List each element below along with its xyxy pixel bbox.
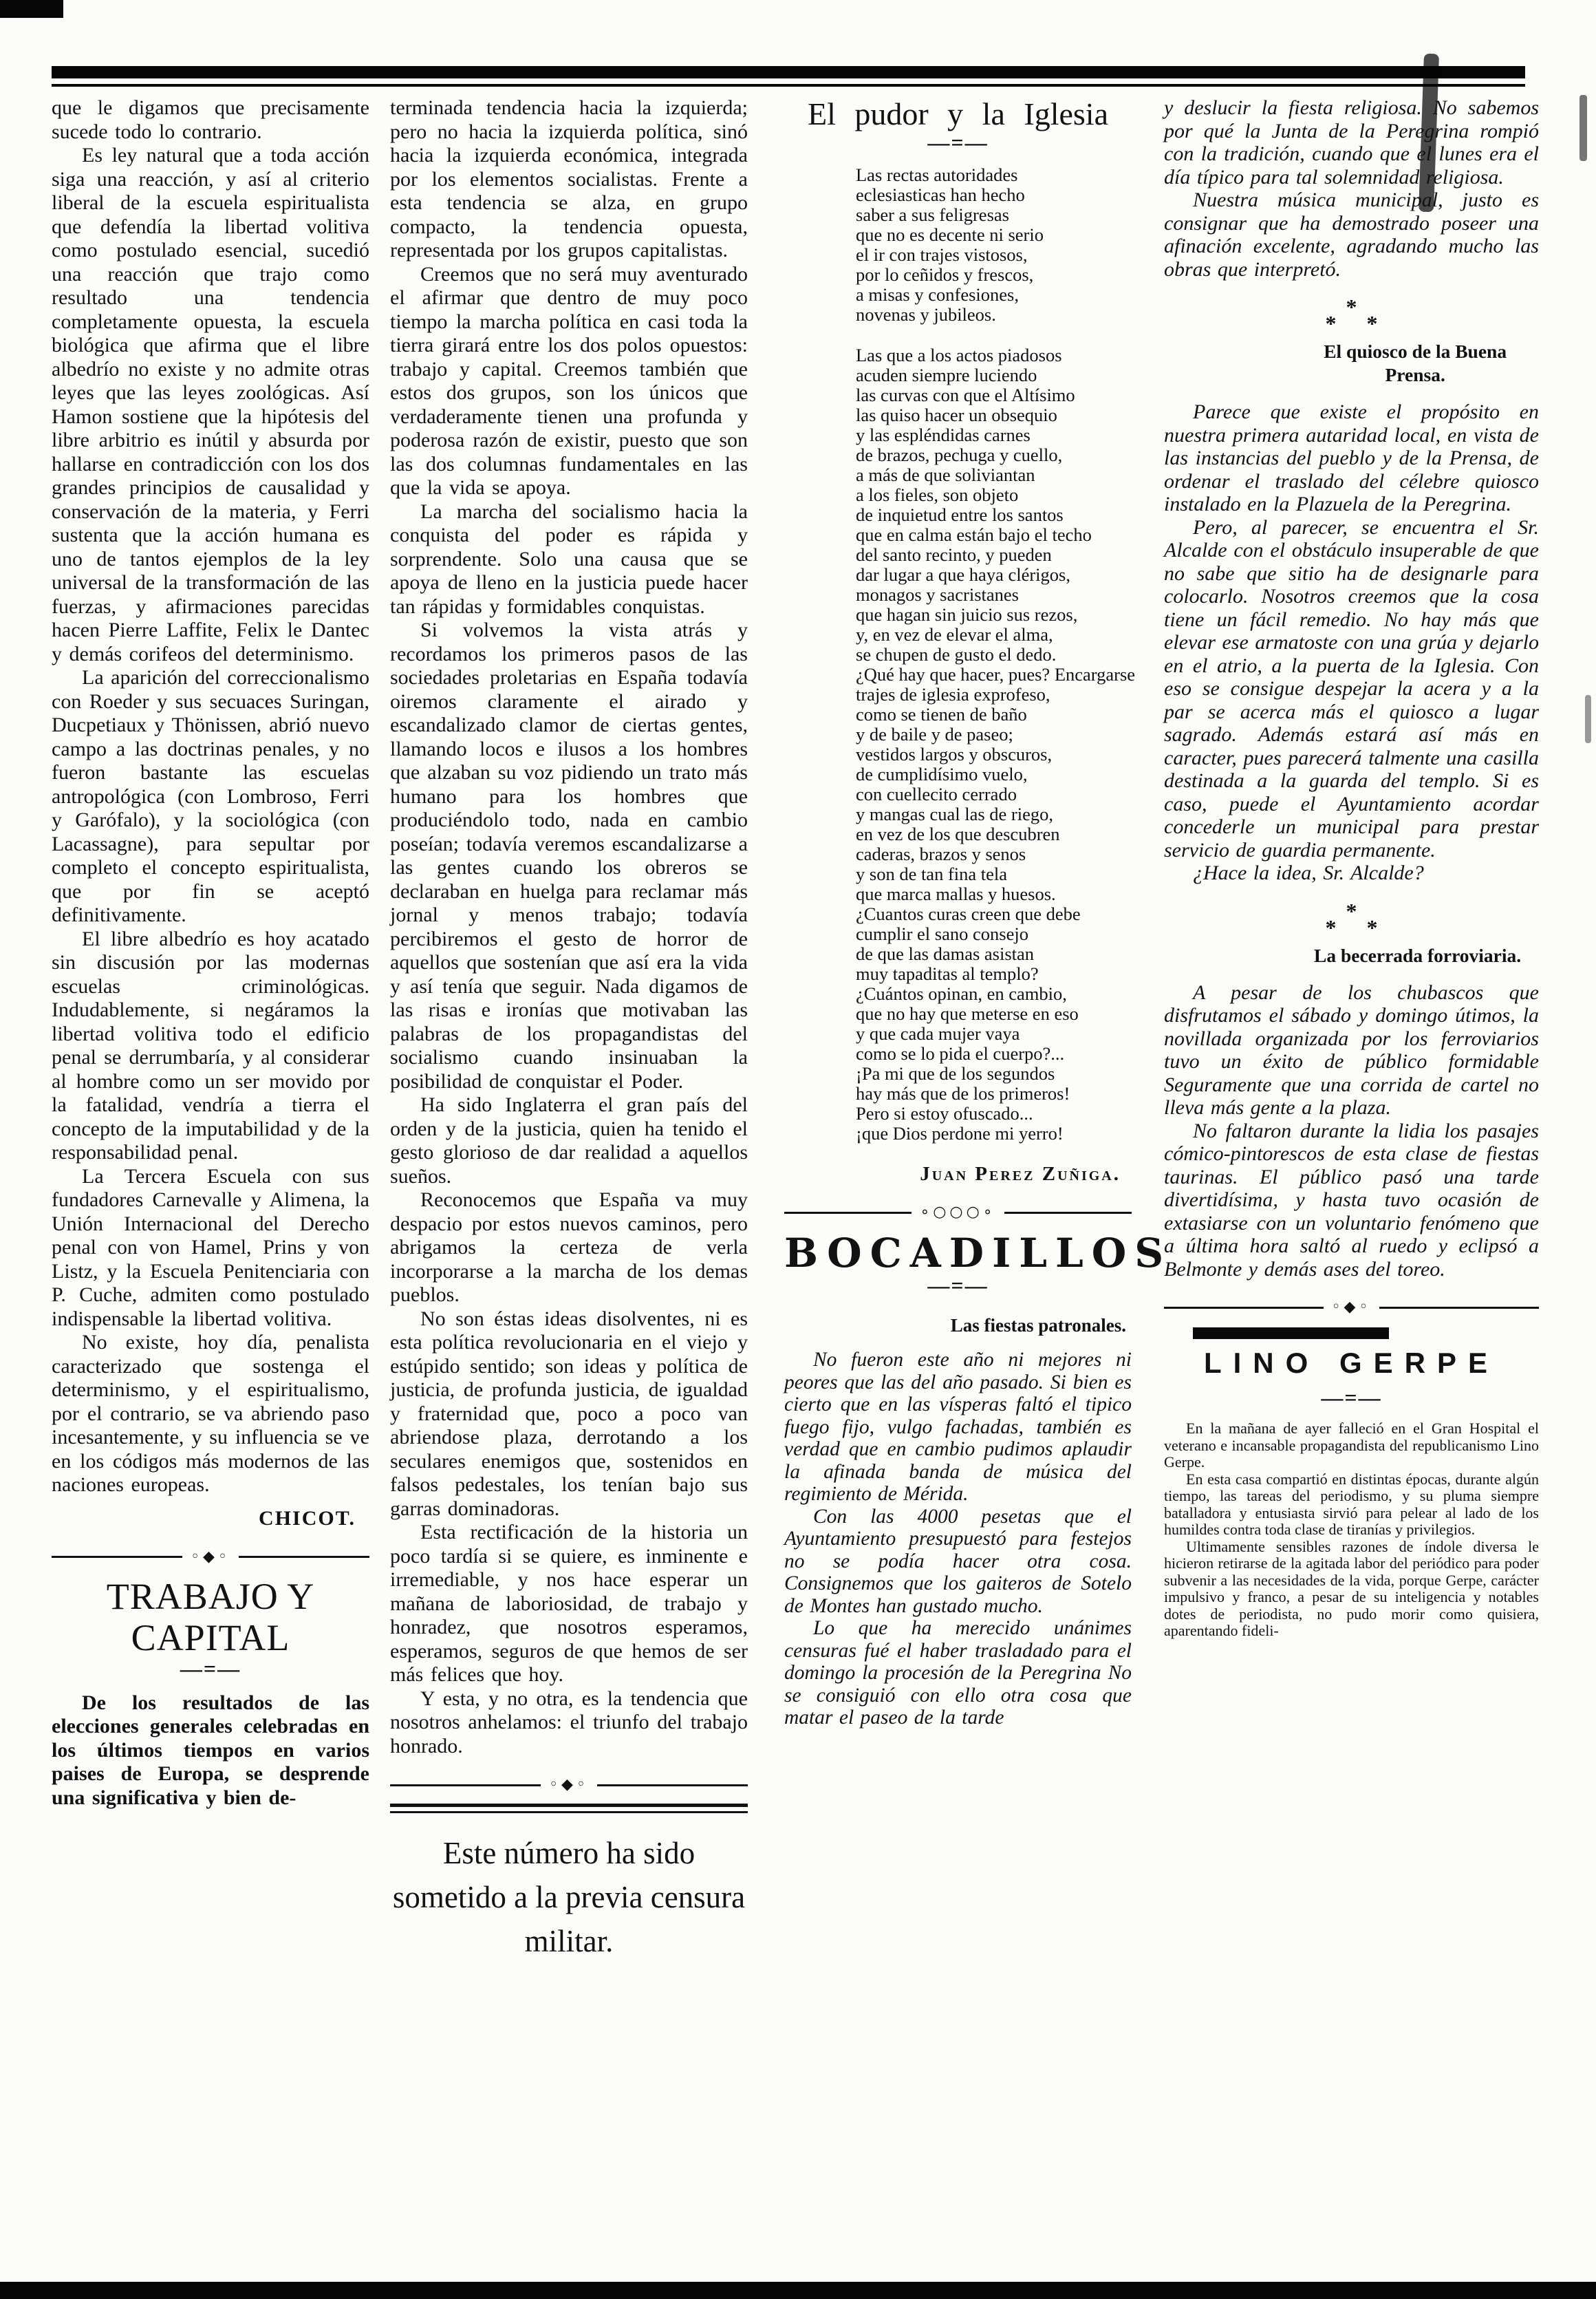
paragraph: En la mañana de ayer falleció en el Gran… [1164, 1420, 1539, 1471]
poem-line: del santo recinto, y pueden [856, 545, 1132, 565]
paragraph: Es ley natural que a toda acción siga un… [52, 144, 369, 666]
poem-line: de que las damas asistan [856, 944, 1132, 964]
scroll-ornament-icon: ◦◆◦ [182, 1550, 239, 1565]
censorship-notice: Este número ha sido sometido a la previa… [390, 1831, 748, 1963]
poem-line: muy tapaditas al templo? [856, 964, 1132, 984]
poem-line: Pero si estoy ofuscado... [856, 1104, 1132, 1124]
becerrada-body: A pesar de los chubascos que disfrutamos… [1164, 981, 1539, 1281]
poem-line: y de baile y de paseo; [856, 725, 1132, 745]
poem-line: que en calma están bajo el techo [856, 525, 1132, 545]
poem-line: vestidos largos y obscuros, [856, 745, 1132, 764]
newspaper-page-scan: que le digamos que precisamente sucede t… [0, 0, 1596, 2299]
asterism-bottom: * * [1164, 315, 1539, 332]
poem-line: como se tienen de baño [856, 705, 1132, 725]
headline-bocadillos: BOCADILLOS [784, 1231, 1132, 1275]
paragraph: La Tercera Escuela con sus fundadores Ca… [52, 1165, 369, 1332]
paragraph: De los resultados de las elecciones gene… [52, 1691, 369, 1810]
article-divider: ∘○○○∘ [784, 1205, 1132, 1220]
paragraph: Reconocemos que España va muy despacio p… [390, 1188, 748, 1307]
paragraph: terminada tendencia hacia la izquierda; … [390, 96, 748, 263]
paragraph: En esta casa compartió en distintas époc… [1164, 1471, 1539, 1539]
paragraph: No son éstas ideas disolventes, ni es es… [390, 1307, 748, 1521]
poem-line: monagos y sacristanes [856, 585, 1132, 605]
poem-line: en vez de los que descubren [856, 824, 1132, 844]
paragraph: Ha sido Inglaterra el gran país del orde… [390, 1093, 748, 1188]
paragraph: Lo que ha merecido unánimes censuras fué… [784, 1617, 1132, 1729]
poem-line: ¿Cuántos opinan, en cambio, [856, 984, 1132, 1004]
poem-line: ¡que Dios perdone mi yerro! [856, 1124, 1132, 1144]
paragraph: Con las 4000 pesetas que el Ayuntamiento… [784, 1506, 1132, 1618]
poem-line: novenas y jubileos. [856, 305, 1132, 325]
bocadillos-body: No fueron este año ni mejores ni peores … [784, 1349, 1132, 1729]
poem-line: Las rectas autoridades [856, 165, 1132, 185]
notice-top-rule [390, 1804, 748, 1813]
poem-line: y, en vez de elevar el alma, [856, 625, 1132, 645]
paragraph: y deslucir la fiesta religiosa. No sabem… [1164, 96, 1539, 189]
asterism-divider: * * * [1164, 299, 1539, 332]
paragraph: Creemos que no será muy aventurado el af… [390, 263, 748, 500]
poem-line: de brazos, pechuga y cuello, [856, 445, 1132, 465]
poem-line: por lo ceñidos y frescos, [856, 265, 1132, 285]
page-bottom-scan-bar [0, 2282, 1596, 2299]
poem-stanza-2: Las que a los actos piadososacuden siemp… [784, 345, 1132, 1144]
headline-underline-ornament: —=— [1164, 1387, 1539, 1408]
column-4: y deslucir la fiesta religiosa. No sabem… [1164, 96, 1539, 1640]
poem-line: de inquietud entre los santos [856, 505, 1132, 525]
paragraph: Pero, al parecer, se encuentra el Sr. Al… [1164, 516, 1539, 862]
headline-lino-gerpe: LINO GERPE [1164, 1346, 1539, 1380]
article-divider: ◦◆◦ [52, 1550, 369, 1565]
headline-trabajo-y-capital: TRABAJO Y CAPITAL [52, 1576, 369, 1658]
poem-line: con cuellecito cerrado [856, 784, 1132, 804]
poem-line: y son de tan fina tela [856, 864, 1132, 884]
headline-el-pudor-y-la-iglesia: El pudor y la Iglesia [784, 96, 1132, 132]
poem-line: cumplir el sano consejo [856, 924, 1132, 944]
subhead-becerrada-ferroviaria: La becerrada forroviaria. [1314, 944, 1531, 967]
poem-line: eclesiasticas han hecho [856, 185, 1132, 205]
poem-line: que no hay que meterse en eso [856, 1004, 1132, 1024]
paragraph: ¿Hace la idea, Sr. Alcalde? [1164, 862, 1539, 885]
poem-line: a los fieles, son objeto [856, 485, 1132, 505]
lino-gerpe-obituary-body: En la mañana de ayer falleció en el Gran… [1164, 1420, 1539, 1640]
poem-line: como se lo pida el cuerpo?... [856, 1044, 1132, 1064]
poem-line: hay más que de los primeros! [856, 1084, 1132, 1104]
paragraph: La marcha del socialismo hacia la conqui… [390, 500, 748, 619]
column-3: El pudor y la Iglesia —=— Las rectas aut… [784, 96, 1132, 1729]
paragraph: Parece que existe el propósito en nuestr… [1164, 400, 1539, 516]
poem-line: y mangas cual las de riego, [856, 804, 1132, 824]
paragraph: No existe, hoy día, penalista caracteriz… [52, 1331, 369, 1497]
poem-line: trajes de iglesia exprofeso, [856, 685, 1132, 705]
poem-line: el ir con trajes vistosos, [856, 245, 1132, 265]
paragraph: Esta rectificación de la historia un poc… [390, 1521, 748, 1687]
paragraph: Nuestra música municipal, justo es consi… [1164, 189, 1539, 281]
headline-underline-ornament: —=— [784, 132, 1132, 153]
headline-underline-ornament: —=— [784, 1275, 1132, 1296]
signature-chicot: CHICOT. [52, 1507, 369, 1530]
poem-line: las quiso hacer un obsequio [856, 405, 1132, 425]
circles-ornament-icon: ∘○○○∘ [912, 1205, 1004, 1220]
poem-line: y que cada mujer vaya [856, 1024, 1132, 1044]
quiosco-body: Parece que existe el propósito en nuestr… [1164, 400, 1539, 885]
scan-artifact-streak [1585, 695, 1591, 743]
masthead-rule-thick [52, 66, 1525, 78]
subhead-fiestas-patronales: Las fiestas patronales. [784, 1315, 1126, 1336]
poem-line: las curvas con que el Altísimo [856, 385, 1132, 405]
poem-line: que hagan sin juicio sus rezos, [856, 605, 1132, 625]
poem-line: a más de que soliviantan [856, 465, 1132, 485]
paragraph: que le digamos que precisamente sucede t… [52, 96, 369, 144]
poem-line: a misas y confesiones, [856, 285, 1132, 305]
scroll-ornament-icon: ◦◆◦ [541, 1777, 597, 1793]
poem-line: saber a sus feligresas [856, 205, 1132, 225]
bocadillos-continuation: y deslucir la fiesta religiosa. No sabem… [1164, 96, 1539, 281]
signature-juan-perez-zuniga: Juan Perez Zuñiga. [784, 1163, 1132, 1186]
asterism-divider: * * * [1164, 903, 1539, 936]
heading-black-bar [1193, 1327, 1389, 1339]
scan-artifact-corner [0, 0, 63, 18]
poem-line: ¿Qué hay que hacer, pues? Encargarse [856, 665, 1132, 685]
headline-underline-ornament: —=— [52, 1658, 369, 1679]
article-determinism-body: que le digamos que precisamente sucede t… [52, 96, 369, 1497]
poem-stanza-1: Las rectas autoridadeseclesiasticas han … [784, 165, 1132, 325]
paragraph: A pesar de los chubascos que disfrutamos… [1164, 981, 1539, 1120]
poem-line: dar lugar a que haya clérigos, [856, 565, 1132, 585]
article-divider: ◦◆◦ [1164, 1300, 1539, 1315]
poem-line: se chupen de gusto el dedo. [856, 645, 1132, 665]
column-2: terminada tendencia hacia la izquierda; … [390, 96, 748, 1963]
scroll-ornament-icon: ◦◆◦ [1324, 1300, 1380, 1315]
paragraph: Ultimamente sensibles razones de índole … [1164, 1539, 1539, 1640]
paragraph: No faltaron durante la lidia los pasajes… [1164, 1120, 1539, 1281]
scan-artifact-streak [1579, 95, 1587, 161]
poem-line: que no es decente ni serio [856, 225, 1132, 245]
article-determinism-continuation: terminada tendencia hacia la izquierda; … [390, 96, 748, 1758]
paragraph: El libre albedrío es hoy acatado sin dis… [52, 928, 369, 1165]
poem-line: de cumplidísimo vuelo, [856, 764, 1132, 784]
poem-line: y las espléndidas carnes [856, 425, 1132, 445]
poem-line: que marca mallas y huesos. [856, 884, 1132, 904]
poem-line: caderas, brazos y senos [856, 844, 1132, 864]
poem-line: ¡Pa mi que de los segundos [856, 1064, 1132, 1084]
article-trabajo-body: De los resultados de las elecciones gene… [52, 1691, 369, 1810]
paragraph: Si volvemos la vista atrás y recordamos … [390, 619, 748, 1093]
subhead-quiosco-buena-prensa: El quiosco de la Buena Prensa. [1291, 340, 1539, 387]
asterism-bottom: * * [1164, 919, 1539, 936]
masthead-rule-thin [52, 84, 1525, 87]
paragraph: La aparición del correccionalismo con Ro… [52, 666, 369, 928]
poem-line: acuden siempre luciendo [856, 365, 1132, 385]
paragraph: No fueron este año ni mejores ni peores … [784, 1349, 1132, 1506]
column-1: que le digamos que precisamente sucede t… [52, 96, 369, 1810]
poem-line: ¿Cuantos curas creen que debe [856, 904, 1132, 924]
article-divider: ◦◆◦ [390, 1777, 748, 1793]
paragraph: Y esta, y no otra, es la tendencia que n… [390, 1687, 748, 1759]
poem-line: Las que a los actos piadosos [856, 345, 1132, 365]
